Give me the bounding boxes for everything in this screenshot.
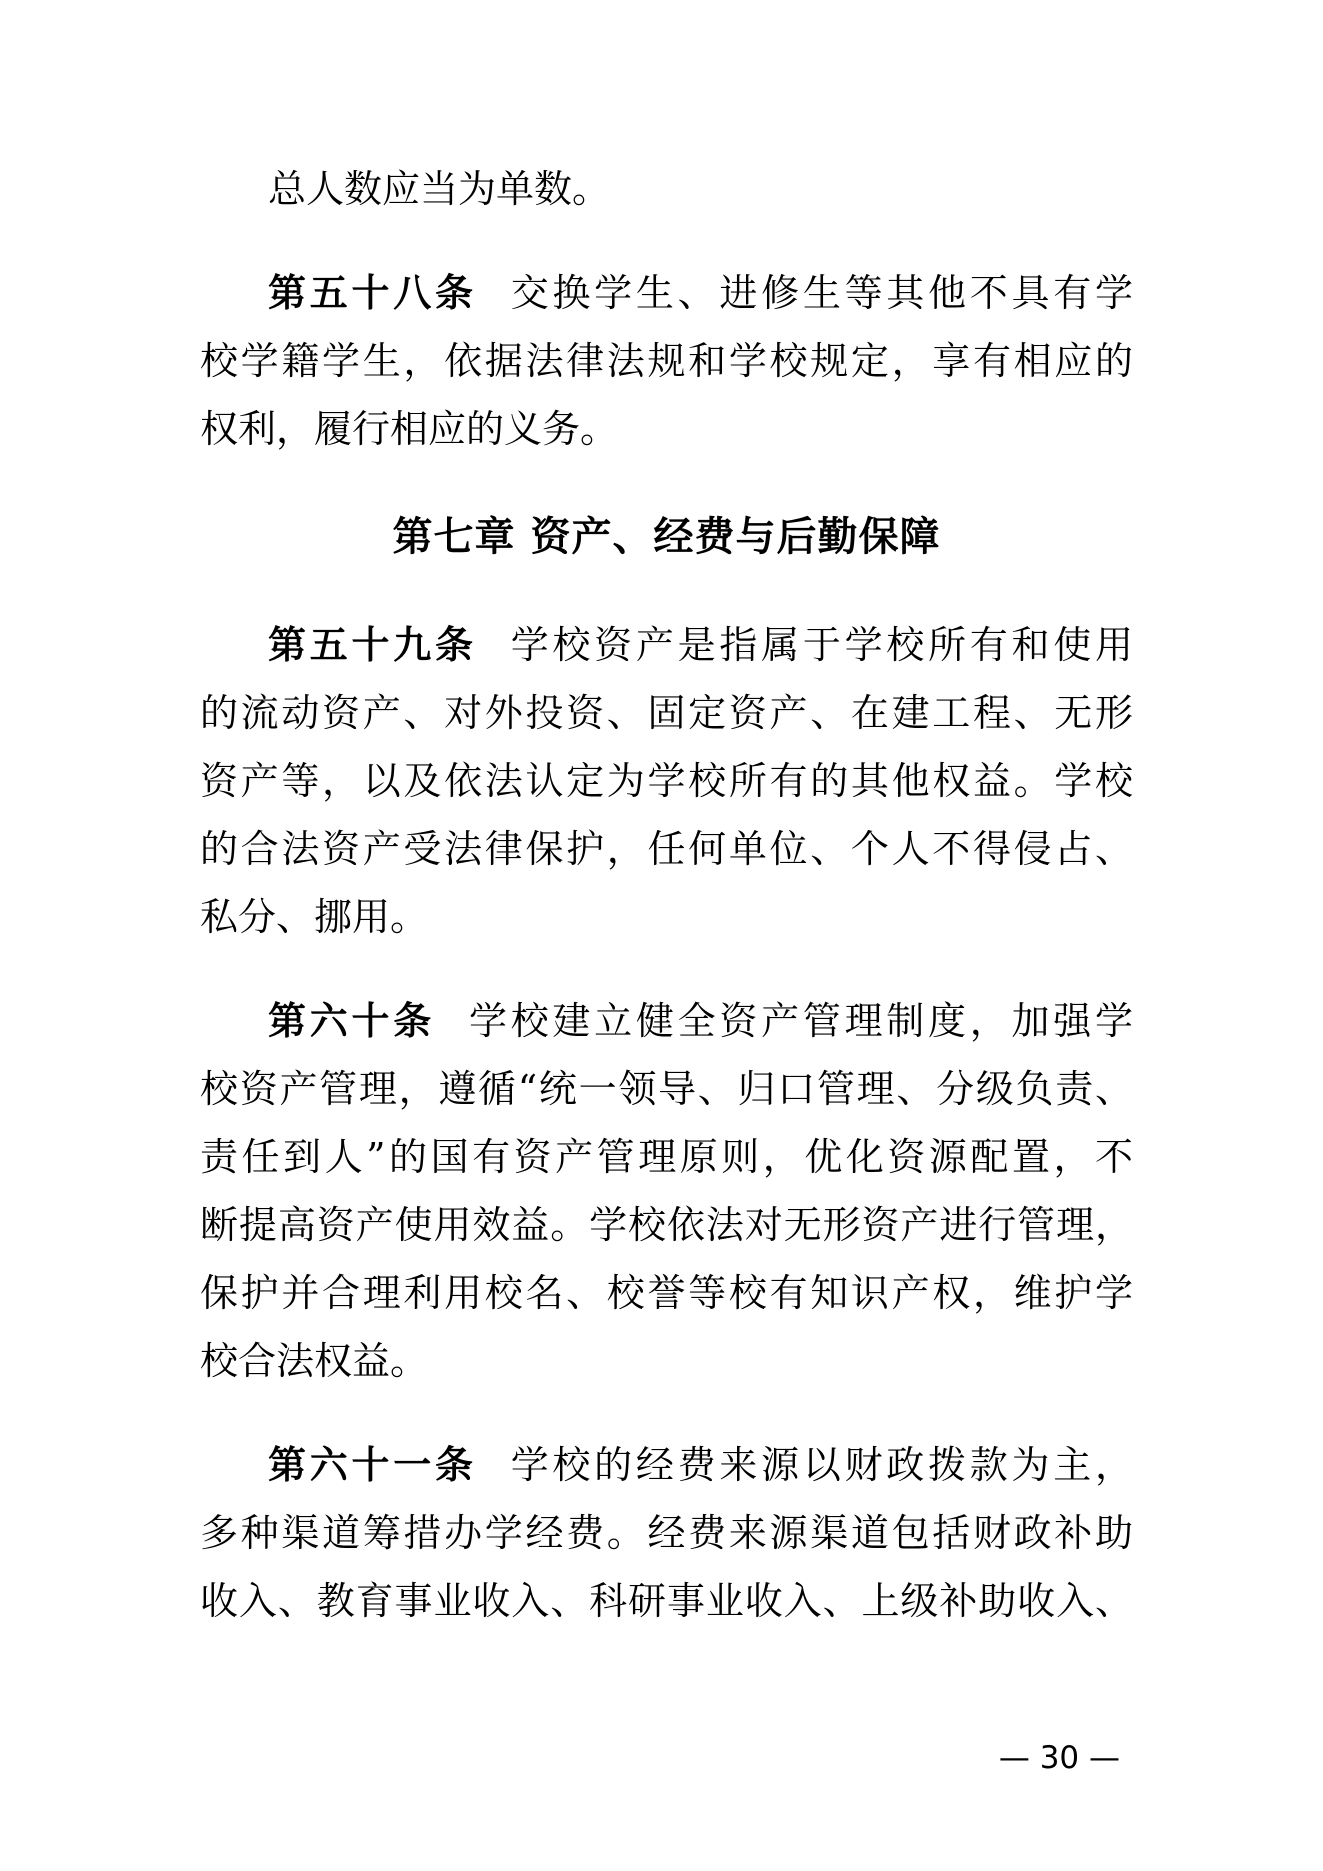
text-line: 保护并合理利用校名、校誉等校有知识产权，维护学 — [200, 1259, 1133, 1327]
text-line: 私分、挪用。 — [200, 883, 1133, 951]
text-line: 权利，履行相应的义务。 — [200, 395, 1133, 463]
paragraph: 第五十八条交换学生、进修生等其他不具有学校学籍学生，依据法律法规和学校规定，享有… — [200, 259, 1133, 463]
page-footer: — 30 — — [999, 1740, 1120, 1776]
page-number: — 30 — — [999, 1740, 1120, 1776]
text-line: 的合法资产受法律保护，任何单位、个人不得侵占、 — [200, 815, 1133, 883]
text-line: 校合法权益。 — [200, 1327, 1133, 1395]
text-line: 的流动资产、对外投资、固定资产、在建工程、无形 — [200, 679, 1133, 747]
paragraph: 总人数应当为单数。 — [200, 155, 1133, 223]
chapter-heading: 第七章 资产、经费与后勤保障 — [200, 503, 1133, 571]
article-number-label: 第五十九条 — [268, 622, 477, 667]
article-number-label: 第六十一条 — [268, 1442, 477, 1487]
text-line: 收入、教育事业收入、科研事业收入、上级补助收入、 — [200, 1567, 1133, 1635]
paragraph: 第六十一条学校的经费来源以财政拨款为主，多种渠道筹措办学经费。经费来源渠道包括财… — [200, 1431, 1133, 1635]
article-number-label: 第五十八条 — [268, 270, 477, 315]
document-page: 总人数应当为单数。第五十八条交换学生、进修生等其他不具有学校学籍学生，依据法律法… — [0, 0, 1323, 1871]
text-line: 资产等，以及依法认定为学校所有的其他权益。学校 — [200, 747, 1133, 815]
text-line: 多种渠道筹措办学经费。经费来源渠道包括财政补助 — [200, 1499, 1133, 1567]
text-line: 校学籍学生，依据法律法规和学校规定，享有相应的 — [200, 327, 1133, 395]
article-number-label: 第六十条 — [268, 998, 435, 1043]
paragraph: 第五十九条学校资产是指属于学校所有和使用的流动资产、对外投资、固定资产、在建工程… — [200, 611, 1133, 951]
paragraph: 第六十条学校建立健全资产管理制度，加强学校资产管理，遵循“统一领导、归口管理、分… — [200, 987, 1133, 1395]
text-line: 断提高资产使用效益。学校依法对无形资产进行管理， — [200, 1191, 1133, 1259]
text-line: 总人数应当为单数。 — [200, 155, 1133, 223]
document-body: 总人数应当为单数。第五十八条交换学生、进修生等其他不具有学校学籍学生，依据法律法… — [200, 155, 1133, 1635]
text-line: 校资产管理，遵循“统一领导、归口管理、分级负责、 — [200, 1055, 1133, 1123]
text-line: 责任到人”的国有资产管理原则，优化资源配置，不 — [200, 1123, 1133, 1191]
text-line: 第六十条学校建立健全资产管理制度，加强学 — [200, 987, 1133, 1055]
text-line: 第五十八条交换学生、进修生等其他不具有学 — [200, 259, 1133, 327]
text-line: 第六十一条学校的经费来源以财政拨款为主， — [200, 1431, 1133, 1499]
text-line: 第五十九条学校资产是指属于学校所有和使用 — [200, 611, 1133, 679]
